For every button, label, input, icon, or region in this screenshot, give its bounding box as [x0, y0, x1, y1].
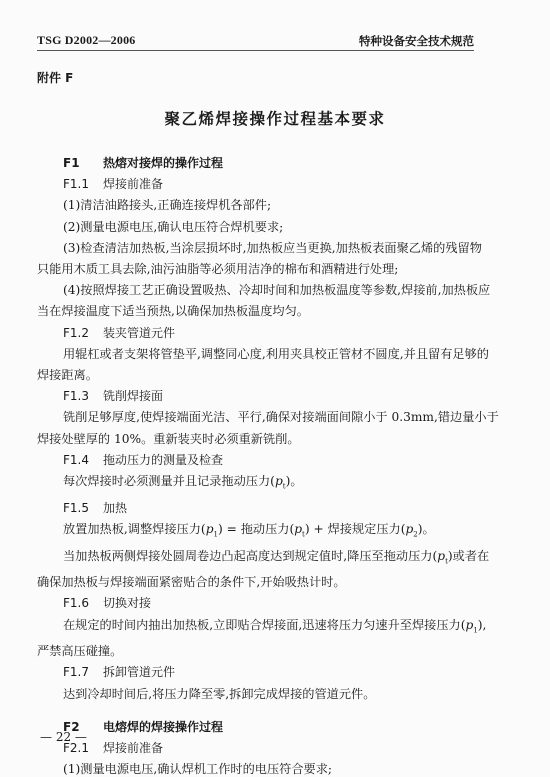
subsection-heading-f1-5: F1.5加热 — [37, 498, 473, 519]
section-heading-f2: F2电熔焊的焊接操作过程 — [37, 717, 473, 738]
subsection-heading-f1-3: F1.3铣削焊接面 — [37, 386, 473, 407]
document-body: F1热熔对接焊的操作过程 F1.1焊接前准备 (1)清洁油路接头,正确连接焊机各… — [37, 153, 473, 777]
paragraph-line: (3)检查清洁加热板,当涂层损坏时,加热板应当更换,加热板表面聚乙烯的残留物 — [37, 238, 473, 259]
subsection-heading-f2-1: F2.1焊接前准备 — [37, 738, 473, 759]
doc-series: 特种设备安全技术规范 — [359, 33, 474, 49]
paragraph-line: (4)按照焊接工艺正确设置吸热、冷却时间和加热板温度等参数,焊接前,加热板应 — [37, 280, 473, 301]
paragraph-line: (1)清洁油路接头,正确连接焊机各部件; — [37, 195, 473, 216]
subsection-heading-f1-1: F1.1焊接前准备 — [37, 174, 473, 195]
paragraph-line: 确保加热板与焊接端面紧密贴合的条件下,开始吸热计时。 — [37, 572, 473, 593]
section-heading-f1: F1热熔对接焊的操作过程 — [37, 153, 473, 174]
doc-code: TSG D2002—2006 — [37, 33, 135, 48]
paragraph-line: 在规定的时间内抽出加热板,立即贴合焊接面,迅速将压力匀速升至焊接压力(p1), — [37, 615, 473, 642]
annex-label: 附件 F — [37, 69, 73, 86]
paragraph-line: 焊接距离。 — [37, 365, 473, 386]
subsection-heading-f1-4: F1.4拖动压力的测量及检查 — [37, 450, 473, 471]
header-rule — [37, 50, 474, 51]
paragraph-line: (1)测量电源电压,确认焊机工作时的电压符合要求; — [37, 759, 473, 777]
paragraph-line: (2)测量电源电压,确认电压符合焊机要求; — [37, 217, 473, 238]
paragraph-line: 用辊杠或者支架将管垫平,调整同心度,利用夹具校正管材不圆度,并且留有足够的 — [37, 344, 473, 365]
paragraph-line: 铣削足够厚度,使焊接端面光洁、平行,确保对接端面间隙小于 0.3mm,错边量小于 — [37, 407, 473, 428]
subsection-heading-f1-7: F1.7拆卸管道元件 — [37, 662, 473, 683]
page-title: 聚乙烯焊接操作过程基本要求 — [0, 107, 550, 129]
paragraph-line: 每次焊接时必须测量并且记录拖动压力(pt)。 — [37, 471, 473, 498]
paragraph-line: 当加热板两侧焊接处圆周卷边凸起高度达到规定值时,降压至拖动压力(pt)或者在 — [37, 546, 473, 573]
paragraph-line: 达到冷却时间后,将压力降至零,拆卸完成焊接的管道元件。 — [37, 684, 473, 705]
paragraph-line: 焊接处壁厚的 10%。重新装夹时必须重新铣削。 — [37, 429, 473, 450]
subsection-heading-f1-6: F1.6切换对接 — [37, 593, 473, 614]
paragraph-line: 严禁高压碰撞。 — [37, 641, 473, 662]
paragraph-line: 放置加热板,调整焊接压力(p1) = 拖动压力(pt) + 焊接规定压力(p2)… — [37, 519, 473, 546]
subsection-heading-f1-2: F1.2装夹管道元件 — [37, 323, 473, 344]
section-gap — [37, 705, 473, 717]
paragraph-line: 只能用木质工具去除,油污油脂等必须用洁净的棉布和酒精进行处理; — [37, 259, 473, 280]
paragraph-line: 当在焊接温度下适当预热,以确保加热板温度均匀。 — [37, 301, 473, 322]
page-number: — 22 — — [40, 730, 87, 744]
